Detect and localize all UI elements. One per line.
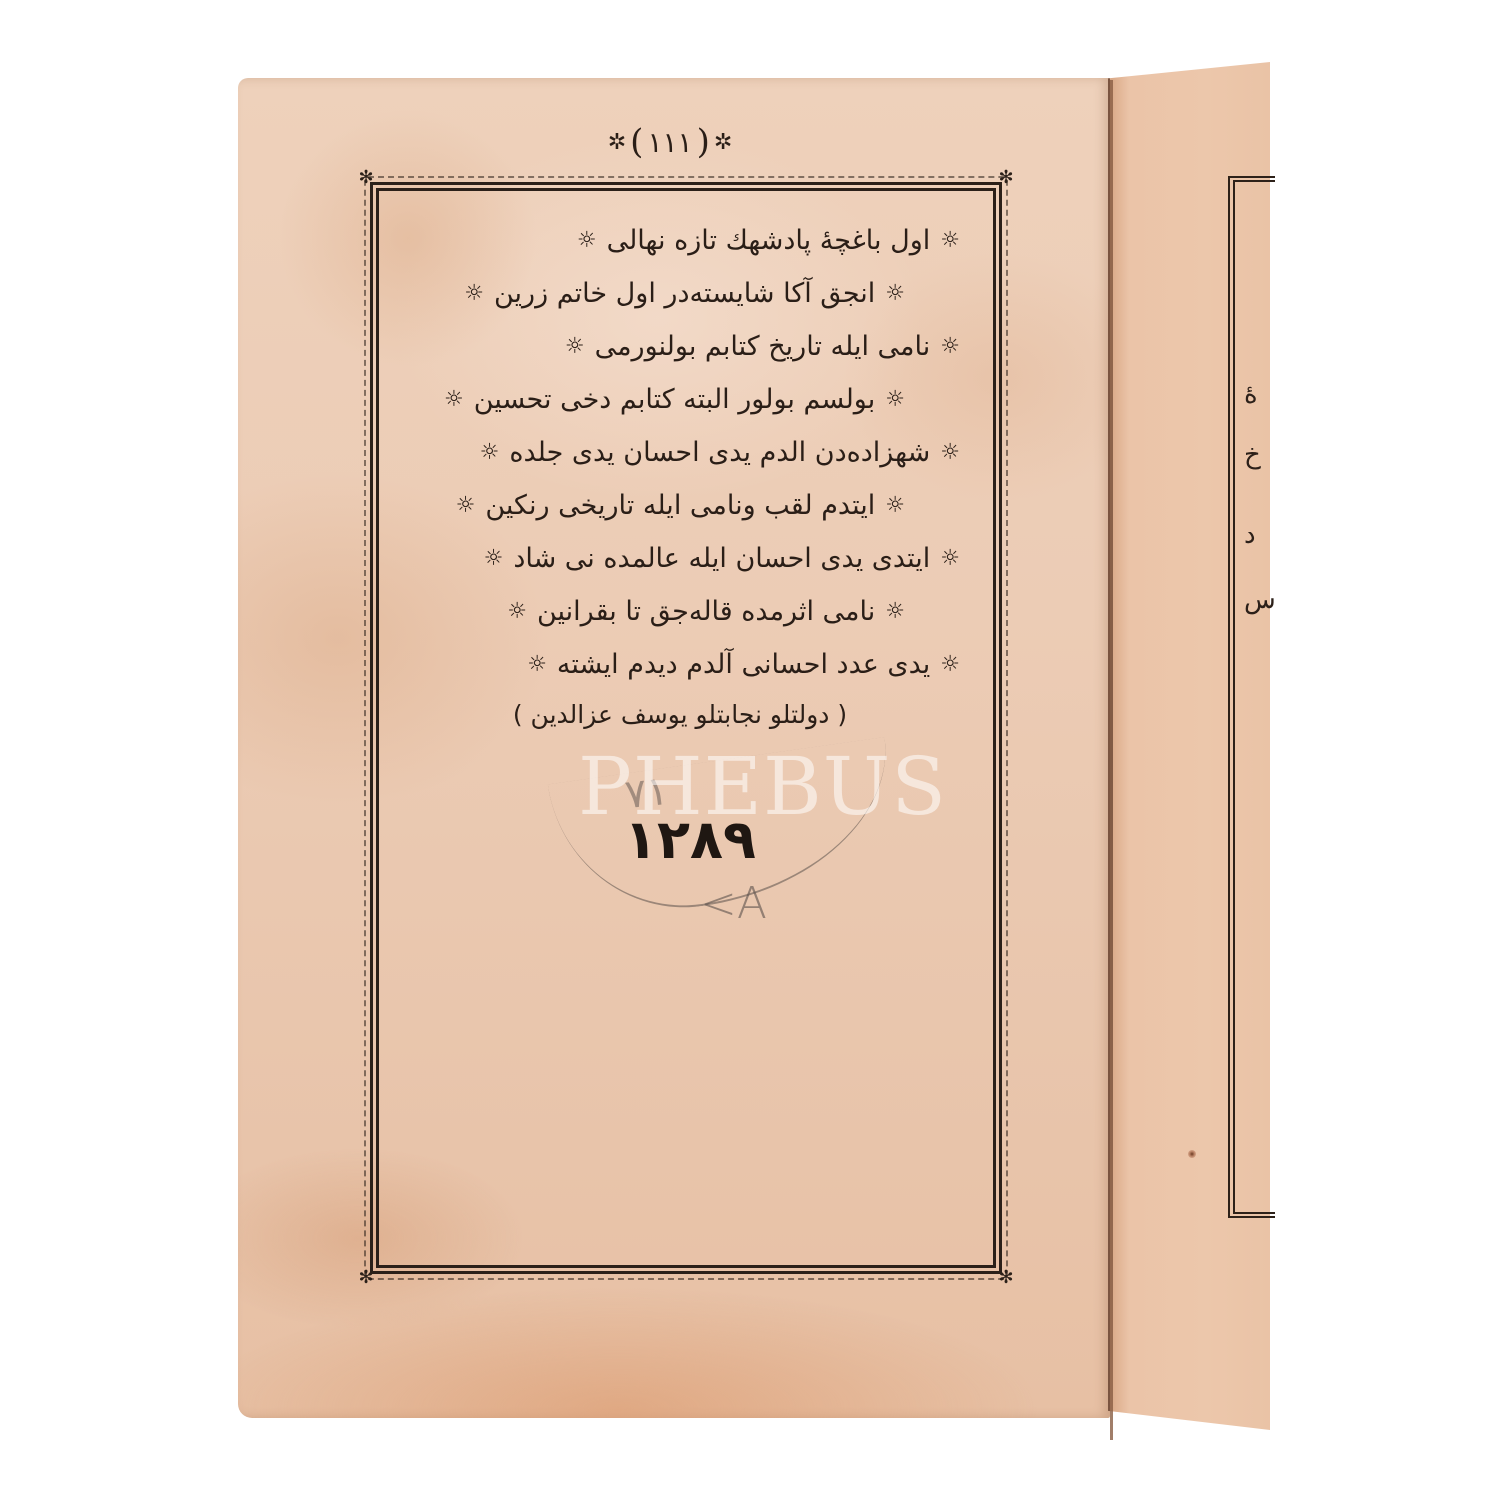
sun-star-icon: ☼ (885, 493, 905, 518)
sun-star-icon: ☼ (940, 652, 960, 677)
right-page-glyph: س (1244, 585, 1276, 615)
sun-star-icon: ☼ (885, 281, 905, 306)
verse-text: بولسم بولور البته كتابم دخى تحسين (474, 384, 876, 415)
verse-line: ☼ يدى عدد احسانى آلدم ديدم ايشته ☼ (385, 638, 970, 691)
foxing-spot (1188, 1150, 1196, 1158)
verse-text: نامى ايله تاريخ كتابم بولنورمى (595, 331, 931, 362)
verse-text: انجق آكا شايسته‌در اول خاتم زرين (494, 278, 875, 309)
sun-star-icon: ☼ (885, 599, 905, 624)
sun-star-icon: ☼ (464, 281, 484, 306)
book-gutter (1110, 80, 1113, 1440)
sun-star-icon: ☼ (940, 440, 960, 465)
sun-star-icon: ☼ (456, 493, 476, 518)
sun-star-icon: ☼ (480, 440, 500, 465)
close-paren: ) (697, 125, 710, 159)
sun-star-icon: ☼ (940, 228, 960, 253)
flower-ornament-icon: ✲ (608, 130, 626, 155)
right-page-glyph: خ (1244, 440, 1261, 470)
verse-line: ☼ نامى اثرمده قاله‌جق تا بقرانين ☼ (385, 585, 970, 638)
verse-line: ☼ شهزاده‌دن الدم يدى احسان يدى جلده ☼ (385, 426, 970, 479)
sun-star-icon: ☼ (507, 599, 527, 624)
sun-star-icon: ☼ (940, 546, 960, 571)
open-paren: ( (630, 125, 643, 159)
flower-ornament-icon: ✲ (714, 130, 732, 155)
corner-ornament-icon: ✻ (997, 169, 1015, 187)
sun-star-icon: ☼ (885, 387, 905, 412)
verse-line: ☼ انجق آكا شايسته‌در اول خاتم زرين ☼ (385, 267, 970, 320)
phebus-watermark: PHEBUS (578, 740, 938, 833)
corner-ornament-icon: ✻ (357, 169, 375, 187)
verse-line: ☼ اول باغچۀ پادشهك تازه نهالى ☼ (385, 214, 970, 267)
photo-scene: ۀ خ د س ✲ ( ١١١ ) ✲ ✻ ✻ ✻ ✻ ☼ اول باغچۀ … (0, 0, 1500, 1500)
page-number-header: ✲ ( ١١١ ) ✲ (610, 122, 730, 162)
pencil-note-below: <A (700, 878, 767, 929)
right-page-glyph: د (1244, 520, 1256, 550)
author-attribution: ( دولتلو نجابتلو يوسف عزالدين ) (440, 700, 920, 729)
sun-star-icon: ☼ (577, 228, 597, 253)
verse-text: ايتدى يدى احسان ايله عالمده نى شاد (513, 543, 930, 574)
verse-line: ☼ ايتدم لقب ونامى ايله تاريخى رنكين ☼ (385, 479, 970, 532)
verse-line: ☼ بولسم بولور البته كتابم دخى تحسين ☼ (385, 373, 970, 426)
verse-text: ايتدم لقب ونامى ايله تاريخى رنكين (485, 490, 875, 521)
verse-line: ☼ نامى ايله تاريخ كتابم بولنورمى ☼ (385, 320, 970, 373)
verse-text: شهزاده‌دن الدم يدى احسان يدى جلده (509, 437, 930, 468)
sun-star-icon: ☼ (444, 387, 464, 412)
verse-text: نامى اثرمده قاله‌جق تا بقرانين (537, 596, 875, 627)
corner-ornament-icon: ✻ (357, 1269, 375, 1287)
verse-text: يدى عدد احسانى آلدم ديدم ايشته (557, 649, 930, 680)
sun-star-icon: ☼ (484, 546, 504, 571)
right-page-glyph: ۀ (1244, 380, 1258, 410)
verse-line: ☼ ايتدى يدى احسان ايله عالمده نى شاد ☼ (385, 532, 970, 585)
page-number: ١١١ (647, 126, 692, 159)
sun-star-icon: ☼ (527, 652, 547, 677)
right-page-border-frame (1228, 176, 1275, 1218)
corner-ornament-icon: ✻ (997, 1269, 1015, 1287)
sun-star-icon: ☼ (940, 334, 960, 359)
verse-text: اول باغچۀ پادشهك تازه نهالى (607, 225, 931, 256)
sun-star-icon: ☼ (565, 334, 585, 359)
verse-block: ☼ اول باغچۀ پادشهك تازه نهالى ☼ ☼ انجق آ… (385, 214, 970, 691)
